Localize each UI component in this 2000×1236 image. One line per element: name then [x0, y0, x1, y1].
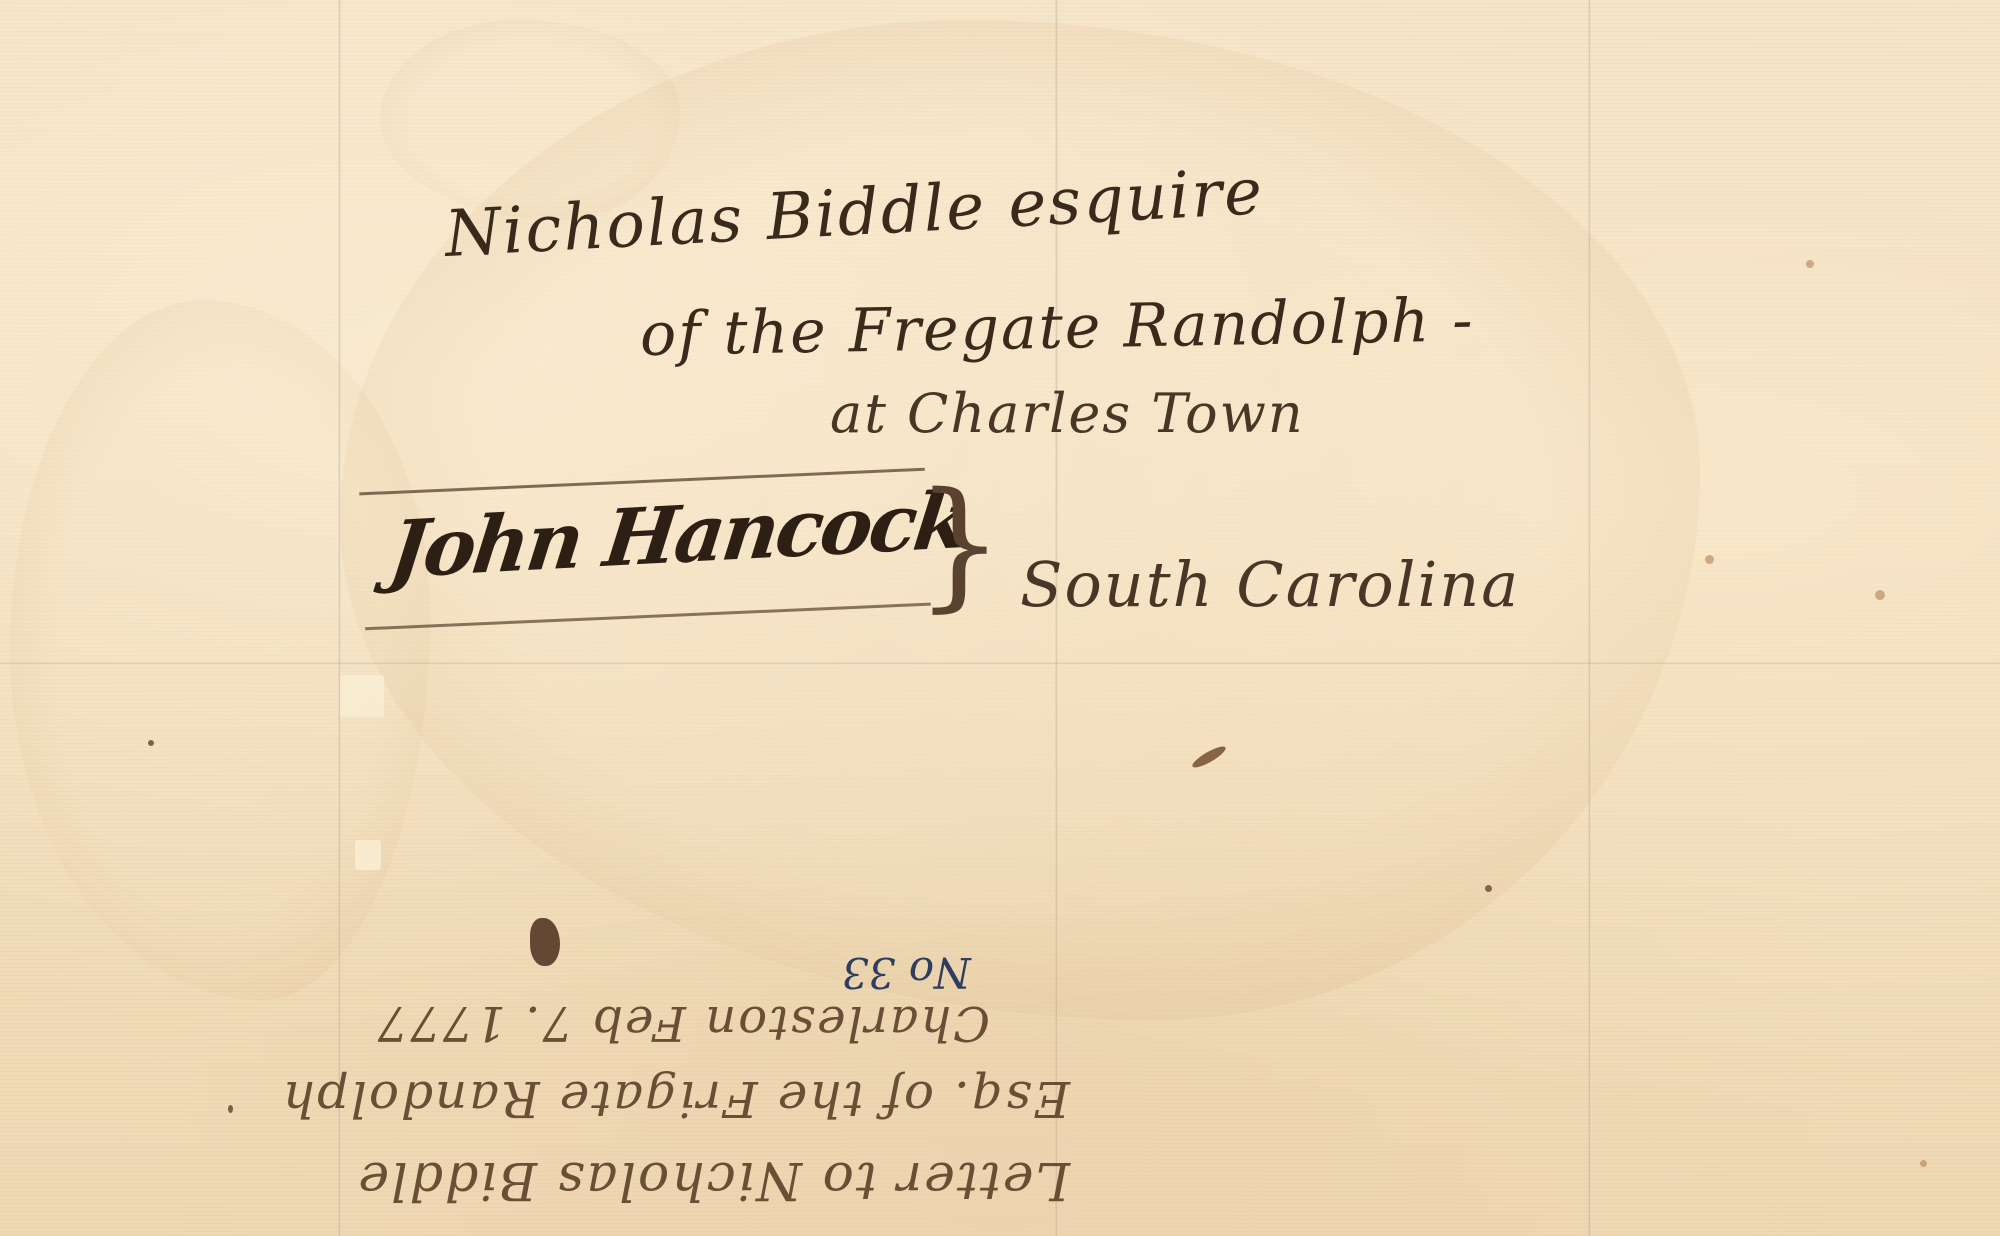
foxing-spot	[1875, 590, 1885, 600]
address-line-port: at Charles Town	[830, 382, 1305, 445]
fold-line-vertical-left	[338, 0, 341, 1236]
archival-number: No 33	[842, 948, 971, 997]
fold-line-vertical-right	[1588, 0, 1591, 1236]
docket-line-recipient: Letter to Nicholas Biddle	[430, 1150, 1070, 1210]
foxing-spot	[1806, 260, 1814, 268]
docket-line-ship: Esq. of the Frigate Randolph	[430, 1070, 1070, 1128]
address-line-state: South Carolina	[1020, 548, 1520, 621]
ink-blot	[530, 918, 560, 966]
docket-line-date: Charleston Feb 7. 1777	[430, 995, 990, 1051]
foxing-spot	[148, 740, 154, 746]
fold-line-horizontal	[0, 662, 2000, 665]
brace-mark: }	[915, 475, 1004, 615]
foxing-spot	[1705, 555, 1714, 564]
address-line-ship: of the Fregate Randolph -	[639, 285, 1475, 370]
foxing-spot	[228, 1105, 233, 1113]
seal-remnant-small	[355, 840, 381, 870]
seal-remnant	[340, 675, 384, 717]
foxing-spot	[1920, 1160, 1927, 1167]
foxing-spot	[1485, 885, 1492, 892]
